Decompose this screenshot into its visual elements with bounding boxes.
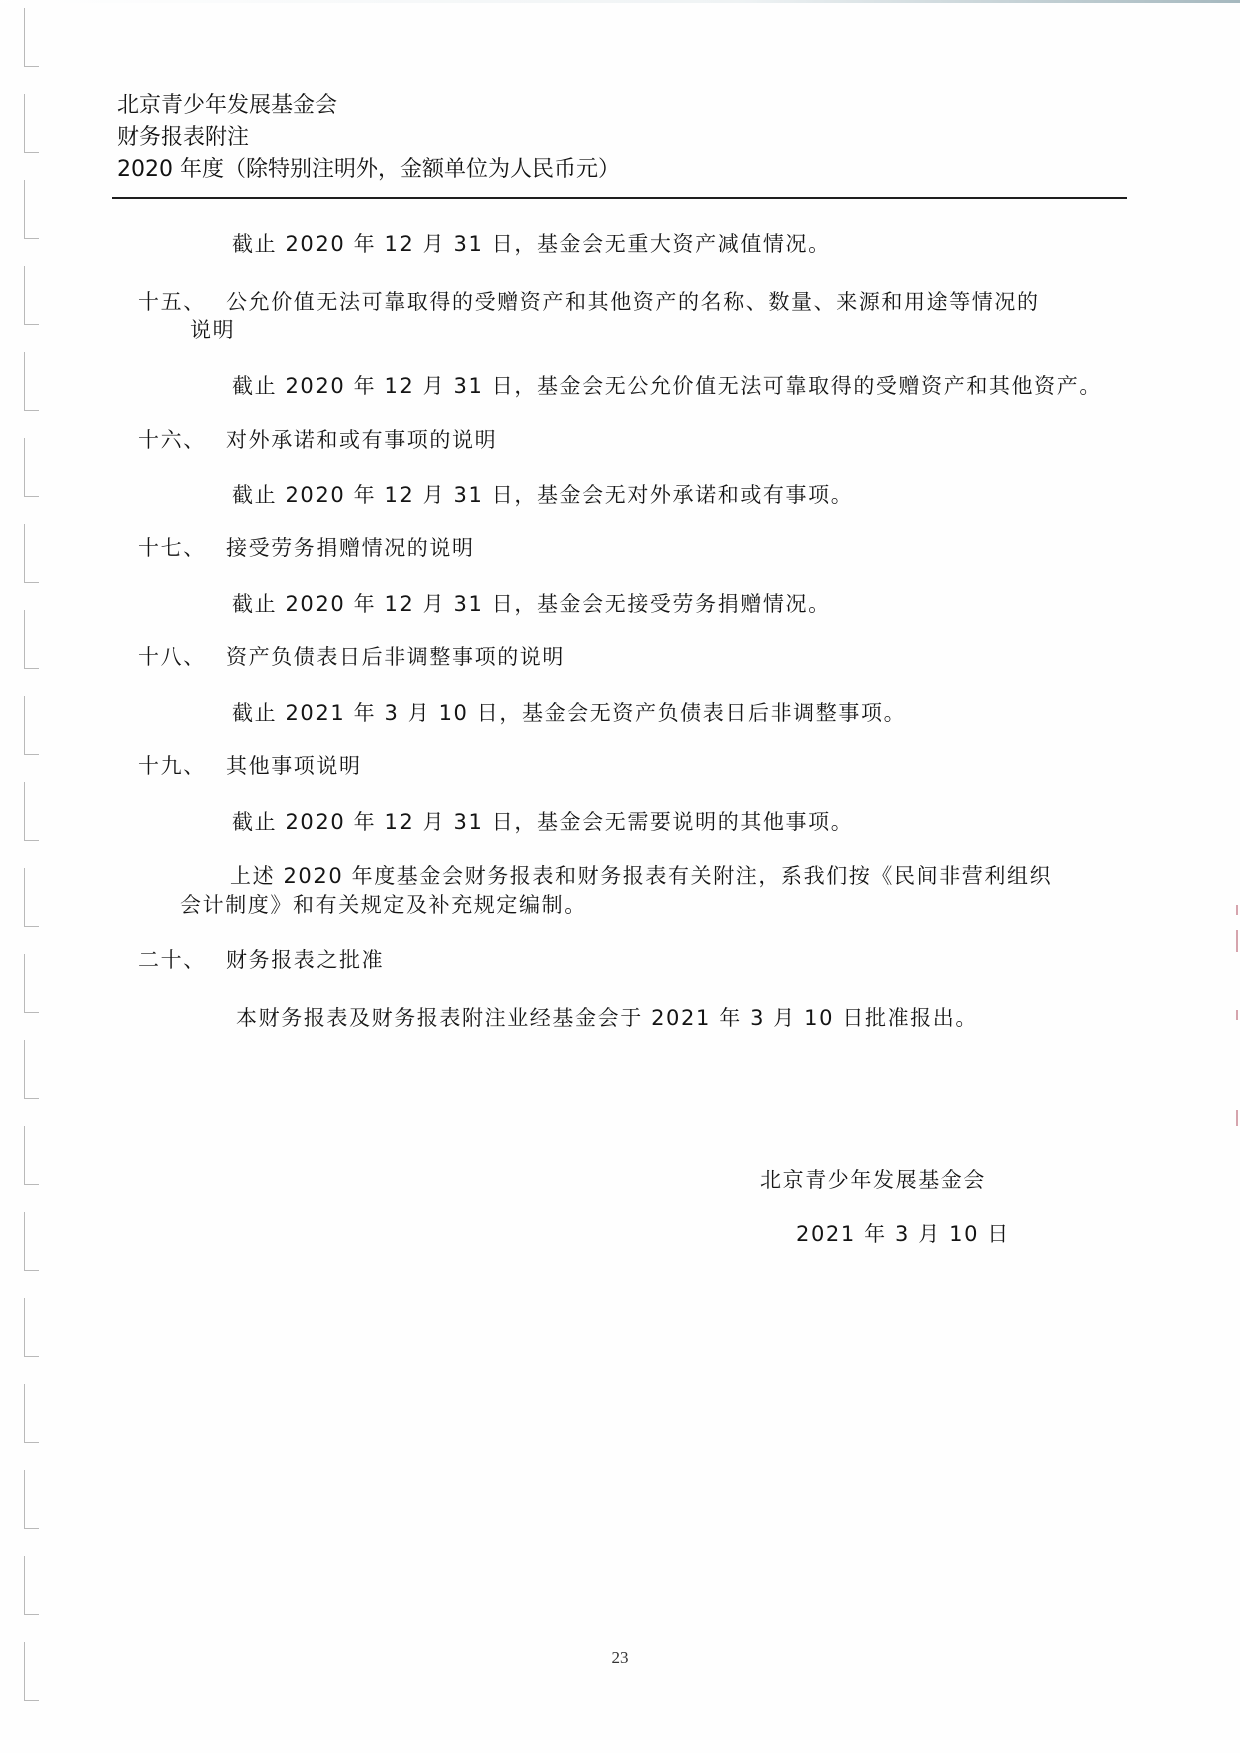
binding-mark: [24, 610, 39, 669]
section-number: 十五、: [138, 286, 226, 316]
binding-mark: [24, 1040, 39, 1099]
section-heading-20: 二十、财务报表之批准: [138, 944, 384, 974]
binding-mark: [24, 696, 39, 755]
section-content-20: 本财务报表及财务报表附注业经基金会于 2021 年 3 月 10 日批准报出。: [236, 1002, 978, 1032]
section-heading-16: 十六、对外承诺和或有事项的说明: [138, 424, 497, 454]
compilation-statement-line1: 上述 2020 年度基金会财务报表和财务报表有关附注，系我们按《民间非营利组织: [230, 860, 1052, 890]
section-number: 十六、: [138, 424, 226, 454]
binding-mark: [24, 1126, 39, 1185]
binding-mark: [24, 1298, 39, 1357]
header-organization: 北京青少年发展基金会: [117, 90, 620, 122]
scan-edge: [0, 0, 1240, 3]
page-number: 23: [0, 1648, 1240, 1668]
binding-mark: [24, 1470, 39, 1529]
scan-speck: [1236, 1010, 1238, 1020]
scan-speck: [1236, 930, 1238, 952]
section-content-16: 截止 2020 年 12 月 31 日，基金会无对外承诺和或有事项。: [232, 479, 853, 509]
binding-mark: [24, 266, 39, 325]
section-heading-15: 十五、公允价值无法可靠取得的受赠资产和其他资产的名称、数量、来源和用途等情况的: [138, 286, 1040, 316]
signature-date: 2021 年 3 月 10 日: [796, 1218, 1010, 1248]
section-heading-18: 十八、资产负债表日后非调整事项的说明: [138, 641, 565, 671]
section-title: 其他事项说明: [226, 754, 362, 778]
binding-mark: [24, 954, 39, 1013]
page-header: 北京青少年发展基金会 财务报表附注 2020 年度（除特别注明外，金额单位为人民…: [117, 90, 620, 186]
header-period-note: 2020 年度（除特别注明外，金额单位为人民币元）: [117, 154, 620, 186]
section-title: 对外承诺和或有事项的说明: [226, 428, 497, 452]
binding-mark: [24, 94, 39, 153]
scan-speck: [1236, 905, 1238, 915]
binding-mark: [24, 1212, 39, 1271]
section-content-18: 截止 2021 年 3 月 10 日，基金会无资产负债表日后非调整事项。: [232, 697, 906, 727]
binding-mark: [24, 1384, 39, 1443]
document-page: 北京青少年发展基金会 财务报表附注 2020 年度（除特别注明外，金额单位为人民…: [0, 0, 1240, 1753]
binding-mark: [24, 8, 39, 67]
section-title: 接受劳务捐赠情况的说明: [226, 536, 475, 560]
binding-mark: [24, 1556, 39, 1615]
binding-mark: [24, 782, 39, 841]
section-content-15: 截止 2020 年 12 月 31 日，基金会无公允价值无法可靠取得的受赠资产和…: [232, 370, 1102, 400]
scan-speck: [1236, 1110, 1238, 1126]
section-title: 财务报表之批准: [226, 948, 384, 972]
binding-mark: [24, 438, 39, 497]
section-heading-17: 十七、接受劳务捐赠情况的说明: [138, 532, 475, 562]
binding-mark: [24, 352, 39, 411]
binding-mark: [24, 868, 39, 927]
signature-organization: 北京青少年发展基金会: [760, 1164, 986, 1194]
section-number: 十九、: [138, 750, 226, 780]
section-number: 二十、: [138, 944, 226, 974]
compilation-statement-line2: 会计制度》和有关规定及补充规定编制。: [180, 889, 587, 919]
section-number: 十八、: [138, 641, 226, 671]
section-number: 十七、: [138, 532, 226, 562]
section-heading-15-cont: 说明: [190, 314, 235, 344]
binding-marks: [24, 0, 54, 1753]
section-content-17: 截止 2020 年 12 月 31 日，基金会无接受劳务捐赠情况。: [232, 588, 831, 618]
section-heading-19: 十九、其他事项说明: [138, 750, 362, 780]
binding-mark: [24, 180, 39, 239]
header-divider: [112, 197, 1127, 199]
paragraph-impairment: 截止 2020 年 12 月 31 日，基金会无重大资产减值情况。: [232, 228, 831, 258]
section-title: 公允价值无法可靠取得的受赠资产和其他资产的名称、数量、来源和用途等情况的: [226, 290, 1040, 314]
section-title: 资产负债表日后非调整事项的说明: [226, 645, 565, 669]
binding-mark: [24, 524, 39, 583]
header-document-title: 财务报表附注: [117, 122, 620, 154]
section-content-19: 截止 2020 年 12 月 31 日，基金会无需要说明的其他事项。: [232, 806, 853, 836]
